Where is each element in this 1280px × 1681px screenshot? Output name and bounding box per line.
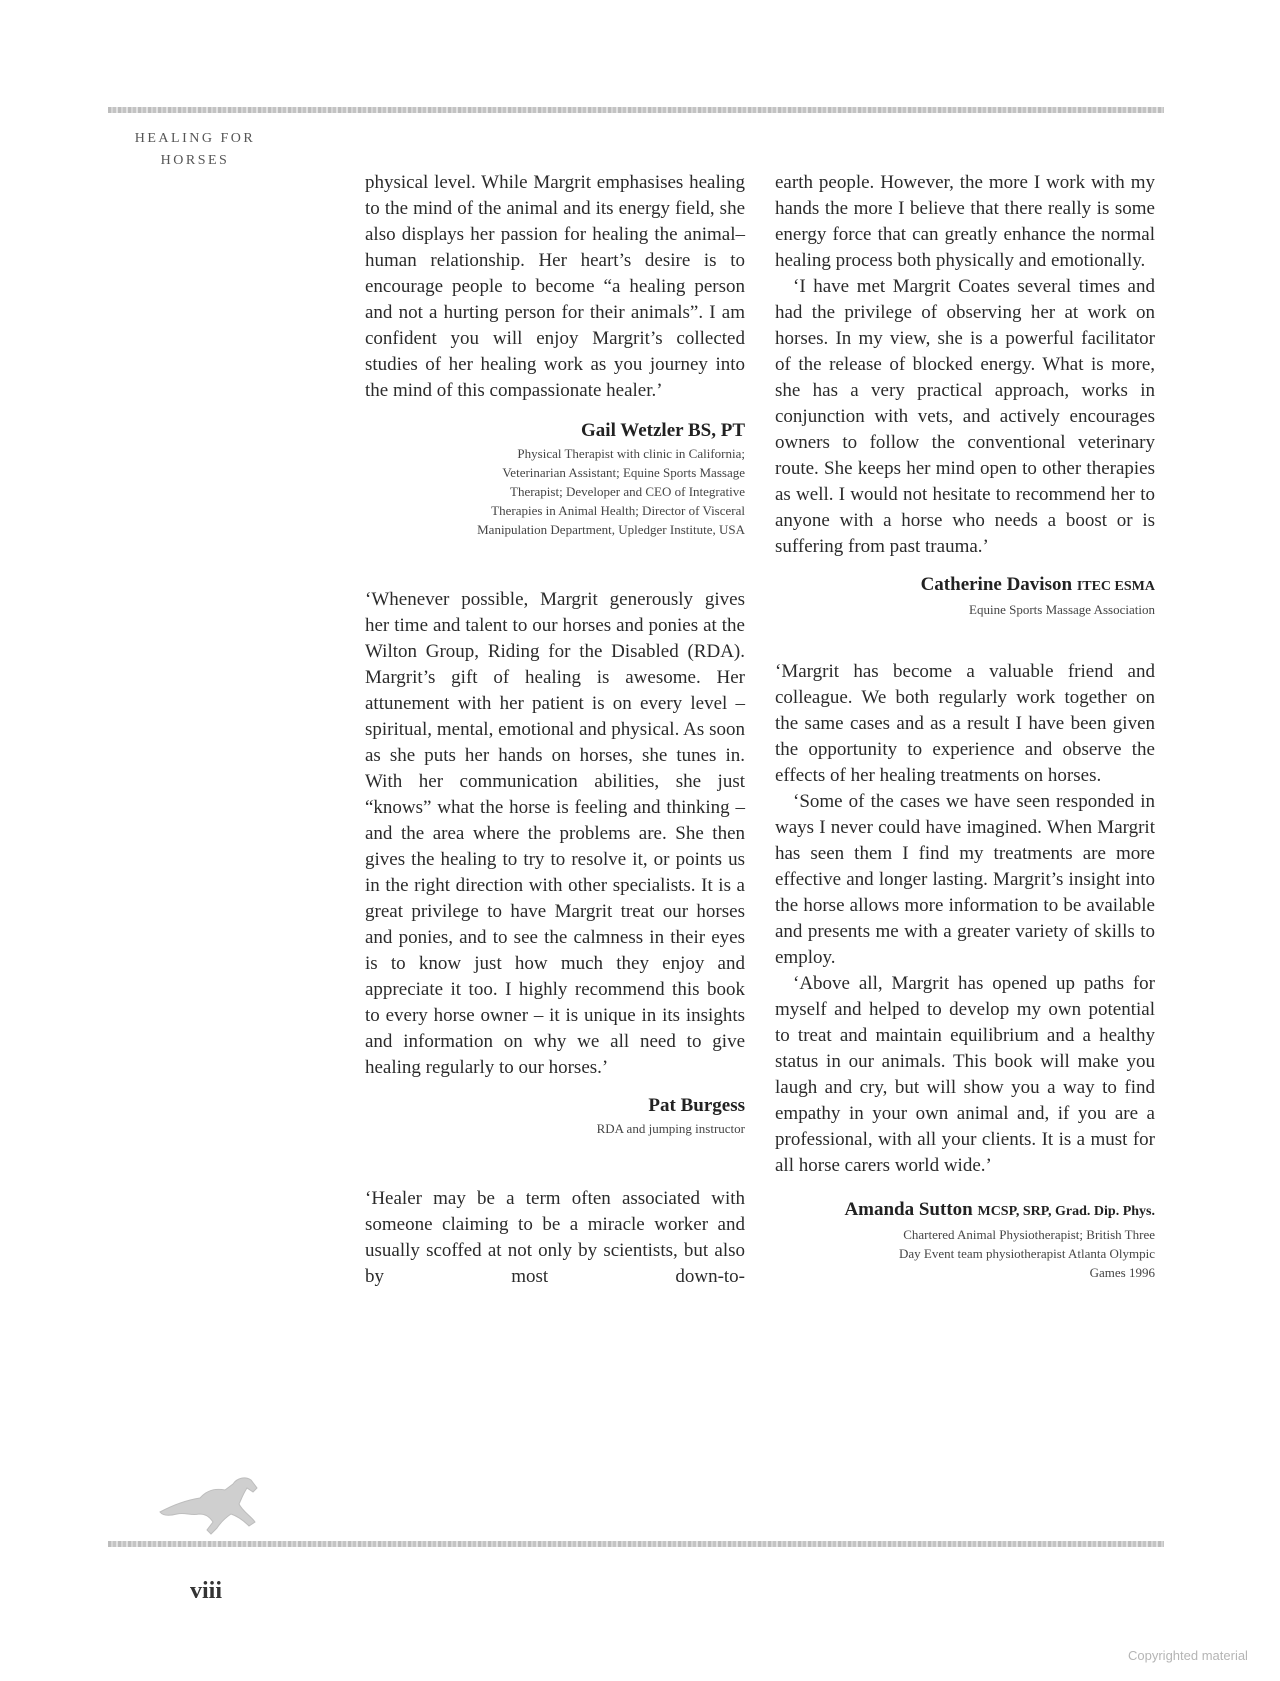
attribution-desc: Games 1996 [775, 1263, 1155, 1282]
bottom-rule [108, 1541, 1164, 1547]
right-column: earth people. However, the more I work w… [775, 170, 1155, 1282]
attribution: Pat Burgess RDA and jumping instructor [365, 1093, 745, 1138]
attribution-desc: Chartered Animal Physiotherapist; Britis… [775, 1225, 1155, 1244]
attribution-credentials: ITEC ESMA [1077, 579, 1155, 594]
body-paragraph: earth people. However, the more I work w… [775, 170, 1155, 274]
attribution-desc: Therapist; Developer and CEO of Integrat… [365, 482, 745, 501]
body-paragraph: ‘Whenever possible, Margrit generously g… [365, 587, 745, 1081]
testimonial-davison-end: earth people. However, the more I work w… [775, 170, 1155, 619]
attribution-desc: RDA and jumping instructor [365, 1119, 745, 1138]
page-number: viii [190, 1578, 222, 1605]
body-paragraph: ‘Above all, Margrit has opened up paths … [775, 971, 1155, 1179]
body-paragraph: ‘Margrit has become a valuable friend an… [775, 659, 1155, 789]
attribution: Amanda Sutton MCSP, SRP, Grad. Dip. Phys… [775, 1197, 1155, 1282]
attribution-credentials: MCSP, SRP, Grad. Dip. Phys. [977, 1204, 1155, 1219]
attribution: Gail Wetzler BS, PT Physical Therapist w… [365, 418, 745, 539]
attribution-name-line: Catherine Davison ITEC ESMA [775, 572, 1155, 600]
attribution-name: Pat Burgess [365, 1093, 745, 1119]
attribution-name: Amanda Sutton [844, 1199, 972, 1220]
spacer [365, 1138, 745, 1186]
spacer [365, 539, 745, 587]
attribution-name: Gail Wetzler BS, PT [365, 418, 745, 444]
attribution-desc: Equine Sports Massage Association [775, 600, 1155, 619]
attribution: Catherine Davison ITEC ESMA Equine Sport… [775, 572, 1155, 619]
running-head-line1: HEALING FOR [120, 128, 270, 150]
attribution-desc: Veterinarian Assistant; Equine Sports Ma… [365, 463, 745, 482]
body-paragraph: ‘I have met Margrit Coates several times… [775, 274, 1155, 560]
attribution-desc: Manipulation Department, Upledger Instit… [365, 520, 745, 539]
top-rule [108, 107, 1164, 113]
body-paragraph: ‘Healer may be a term often associated w… [365, 1186, 745, 1290]
attribution-desc: Therapies in Animal Health; Director of … [365, 501, 745, 520]
galloping-horse-icon [155, 1470, 265, 1540]
testimonial-burgess: ‘Whenever possible, Margrit generously g… [365, 587, 745, 1138]
testimonial-wetzler-end: physical level. While Margrit emphasises… [365, 170, 745, 539]
testimonial-sutton: ‘Margrit has become a valuable friend an… [775, 659, 1155, 1282]
spacer [775, 619, 1155, 659]
attribution-name-line: Amanda Sutton MCSP, SRP, Grad. Dip. Phys… [775, 1197, 1155, 1225]
running-head: HEALING FOR HORSES [120, 128, 270, 172]
copyright-watermark: Copyrighted material [1128, 1648, 1248, 1663]
left-column: physical level. While Margrit emphasises… [365, 170, 745, 1290]
running-head-line2: HORSES [120, 150, 270, 172]
testimonial-davison-start: ‘Healer may be a term often associated w… [365, 1186, 745, 1290]
attribution-name: Catherine Davison [921, 574, 1072, 595]
attribution-desc: Physical Therapist with clinic in Califo… [365, 444, 745, 463]
body-paragraph: physical level. While Margrit emphasises… [365, 170, 745, 404]
attribution-desc: Day Event team physiotherapist Atlanta O… [775, 1244, 1155, 1263]
body-paragraph: ‘Some of the cases we have seen responde… [775, 789, 1155, 971]
